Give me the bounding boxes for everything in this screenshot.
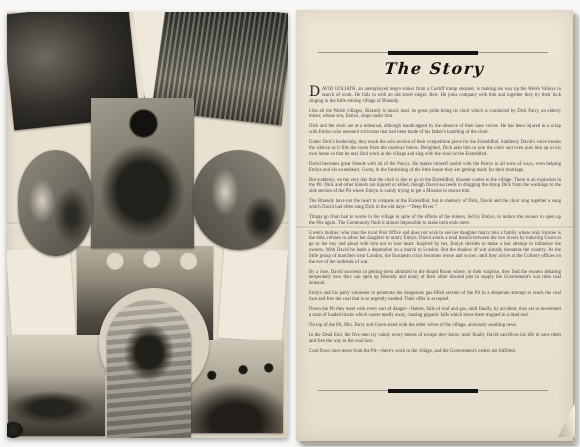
story-paragraph: Things go from bad to worse in the villa…: [309, 215, 561, 227]
story-paragraph: Dick and the choir are at a rehearsal, a…: [309, 124, 561, 136]
photo-emlyn-and-david: [193, 150, 285, 250]
story-paragraph: The Blaendy have not the heart to compet…: [309, 199, 561, 211]
page-title: The Story: [295, 59, 574, 78]
decorative-rule-top: [318, 52, 548, 53]
right-page-story: The Story DAVID GOLIATH, an unemployed n…: [296, 10, 573, 441]
collage-matte-right: [218, 246, 288, 342]
story-paragraph: Like all the Welsh villages, Blaendy is …: [309, 109, 561, 121]
pressbook-spread: The Story DAVID GOLIATH, an unemployed n…: [0, 0, 580, 447]
story-paragraph: David becomes great friends with all of …: [309, 162, 561, 174]
photo-couple-indoors: [18, 150, 93, 256]
decorative-rule-bottom: [318, 390, 548, 391]
left-page-photo-collage: [7, 12, 288, 438]
story-paragraph: By a ruse, David succeeds in getting the…: [309, 270, 561, 287]
story-paragraph: Coal flows once more from the Pit—there'…: [309, 349, 561, 355]
story-paragraph: Emlyn and his party volunteer to penetra…: [309, 291, 561, 303]
page-corner-curl: [558, 403, 575, 437]
drop-cap: D: [309, 87, 322, 98]
right-page-fold-crease: [296, 226, 573, 229]
story-paragraph: Gwen's mother, who runs the local Post O…: [309, 231, 561, 266]
story-paragraph: Down the Pit they meet with every sort o…: [309, 307, 561, 319]
story-paragraph: DAVID GOLIATH, an unemployed negro stoke…: [309, 87, 561, 104]
story-paragraph: But suddenly, on the very day that the c…: [309, 178, 561, 195]
story-paragraph: On top of the Pit, Mrs. Parry and Gwen s…: [309, 323, 561, 329]
collage-matte-left: [7, 246, 76, 342]
story-paragraph: In the Dead End, the five men try vainly…: [309, 333, 561, 345]
photo-man-on-steps: [107, 300, 191, 438]
photo-queue-of-miners: [8, 335, 105, 436]
story-paragraph: Under Dick's leadership, they teach the …: [309, 140, 561, 157]
photo-david-portrait: [91, 98, 194, 248]
story-body: DAVID GOLIATH, an unemployed negro stoke…: [309, 87, 561, 359]
